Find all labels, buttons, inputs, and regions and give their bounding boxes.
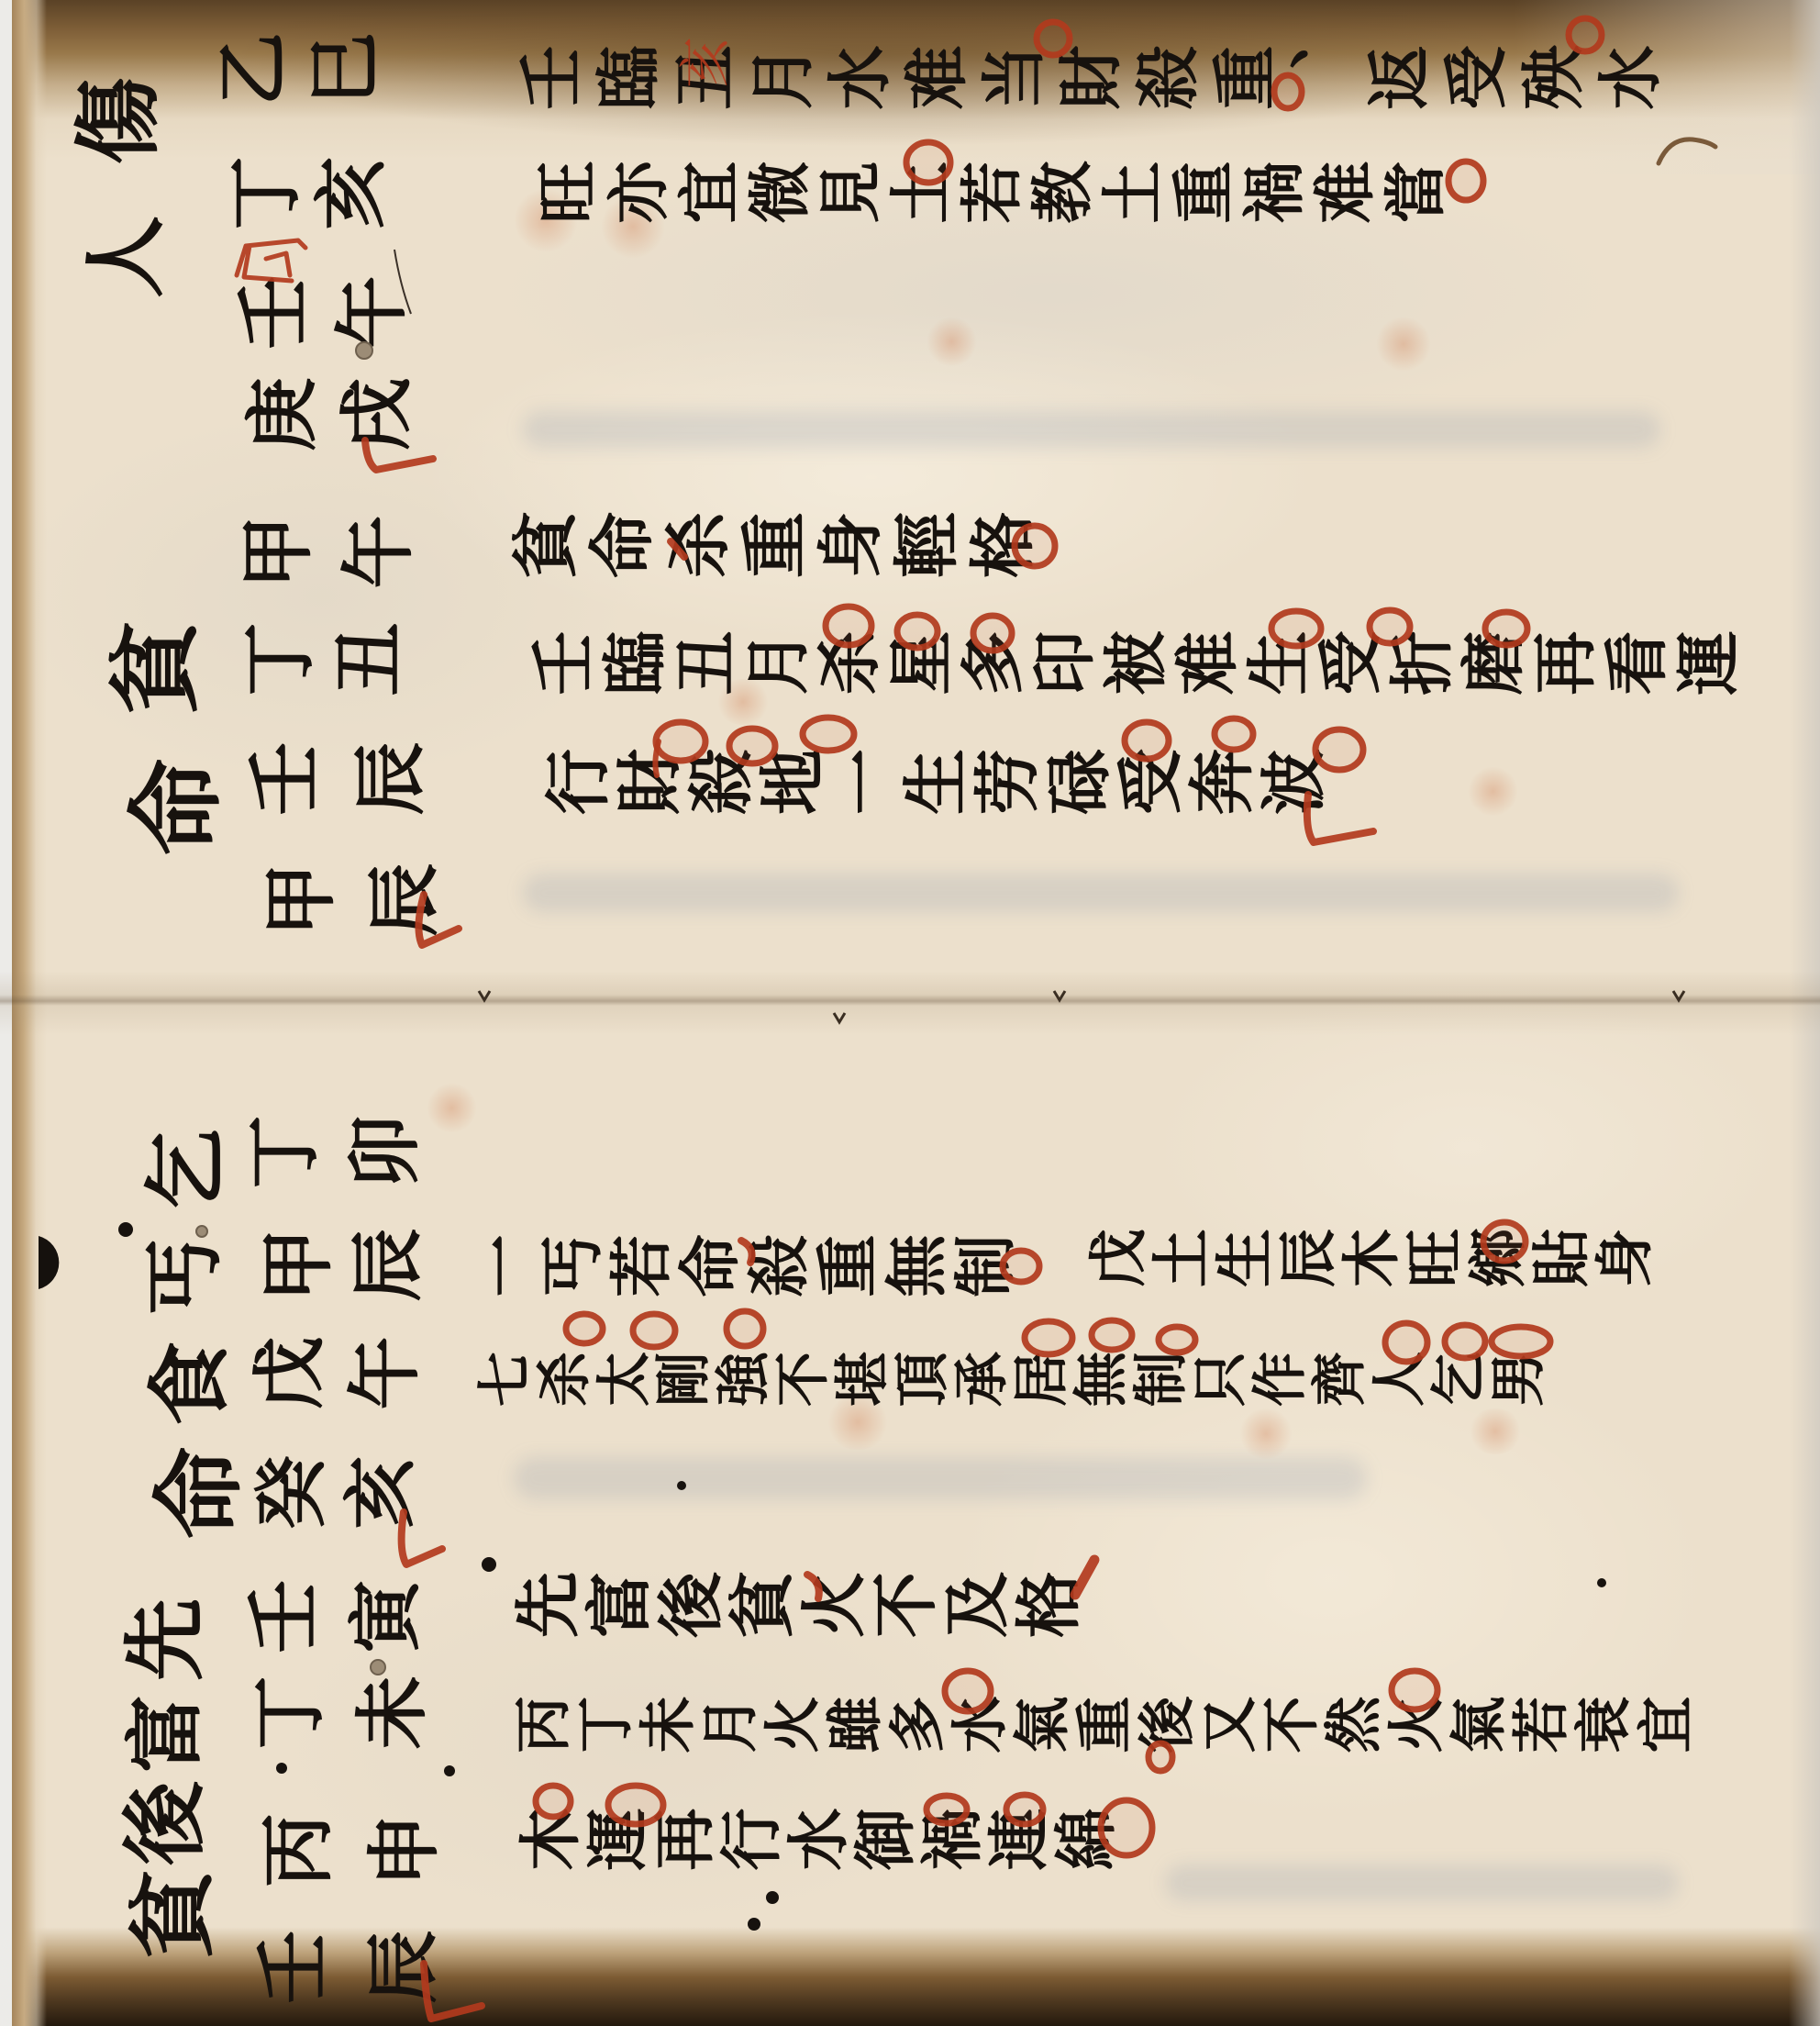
red-circle-mark [1485, 612, 1527, 645]
red-circle-mark [608, 1786, 663, 1824]
manuscript-photo: 傷 人 乙巳 丁亥 壬午 庚戌 壬臨丑月水难当財殺重、返受殃水 旺亦宜微見土若教… [0, 0, 1820, 2026]
red-tick-mark [741, 1241, 752, 1263]
fold-notch [1054, 991, 1065, 1000]
ink-dot [482, 1557, 496, 1572]
red-circle-mark [1215, 718, 1253, 750]
fiber-squiggle [1659, 139, 1715, 163]
red-circle-mark [536, 1786, 571, 1817]
red-check-mark [1307, 795, 1373, 842]
red-annotation-layer [0, 0, 1820, 2026]
red-circle-mark [1149, 1743, 1172, 1771]
red-tick-mark [1075, 1560, 1094, 1595]
red-circle-mark [945, 1671, 991, 1711]
red-circle-mark [1125, 722, 1169, 759]
red-circle-mark [1315, 729, 1363, 770]
red-circle-marks [536, 18, 1602, 1855]
red-circle-mark [1274, 75, 1302, 108]
ink-dot [1324, 1721, 1331, 1729]
red-circle-mark [633, 1314, 675, 1347]
red-circle-mark [1003, 1251, 1039, 1282]
red-circle-mark [1015, 526, 1055, 566]
red-check-mark [424, 1964, 482, 2019]
ink-dot [276, 1763, 287, 1774]
stray-line [394, 250, 411, 314]
red-circle-mark [1025, 1321, 1072, 1354]
red-circle-mark [729, 729, 775, 763]
red-circle-mark [906, 142, 950, 183]
ink-specks [39, 139, 1715, 1931]
red-circle-mark [826, 607, 871, 645]
fold-notch [1673, 991, 1684, 1000]
red-circle-mark [1271, 611, 1321, 646]
ink-dot [118, 1222, 133, 1237]
red-circle-mark [1492, 1327, 1550, 1356]
ink-dot [444, 1765, 455, 1776]
red-circle-mark [1101, 1800, 1152, 1855]
ink-blot [39, 1236, 59, 1289]
red-circle-mark [1092, 1320, 1132, 1350]
red-circle-mark [897, 615, 938, 648]
red-circle-mark [1037, 22, 1070, 55]
red-circle-mark [1385, 1323, 1427, 1362]
red-circle-mark [1569, 18, 1602, 51]
red-circle-mark [1392, 1671, 1437, 1709]
red-tick-mark [671, 541, 684, 557]
fold-notch [834, 1013, 845, 1022]
red-check-mark [418, 895, 459, 945]
ink-dot [1597, 1578, 1606, 1587]
red-circle-mark [1006, 1795, 1043, 1824]
red-circle-mark [1159, 1327, 1195, 1353]
paper-hole [371, 1660, 385, 1675]
red-check-marks [237, 240, 1373, 2019]
red-circle-mark [1448, 161, 1483, 200]
red-circle-mark [727, 1311, 763, 1346]
red-tail-mark [655, 741, 659, 775]
red-correction-mark [237, 240, 305, 281]
ink-dot [766, 1891, 779, 1904]
red-circle-mark [803, 718, 854, 751]
paper-hole [196, 1226, 207, 1237]
red-check-mark [365, 440, 433, 470]
red-circle-mark [1445, 1325, 1485, 1358]
ink-dot [748, 1918, 760, 1931]
red-circle-mark [1370, 610, 1410, 643]
fold-notch [479, 991, 490, 1000]
red-circle-mark [656, 722, 705, 761]
ink-dot [677, 1481, 686, 1490]
red-circle-mark [566, 1314, 603, 1343]
red-circle-mark [1483, 1222, 1526, 1261]
red-circle-mark [973, 616, 1012, 651]
red-circle-mark [927, 1796, 967, 1823]
paper-hole [356, 342, 372, 359]
red-check-mark [402, 1512, 442, 1564]
red-tick-mark [807, 1575, 819, 1598]
